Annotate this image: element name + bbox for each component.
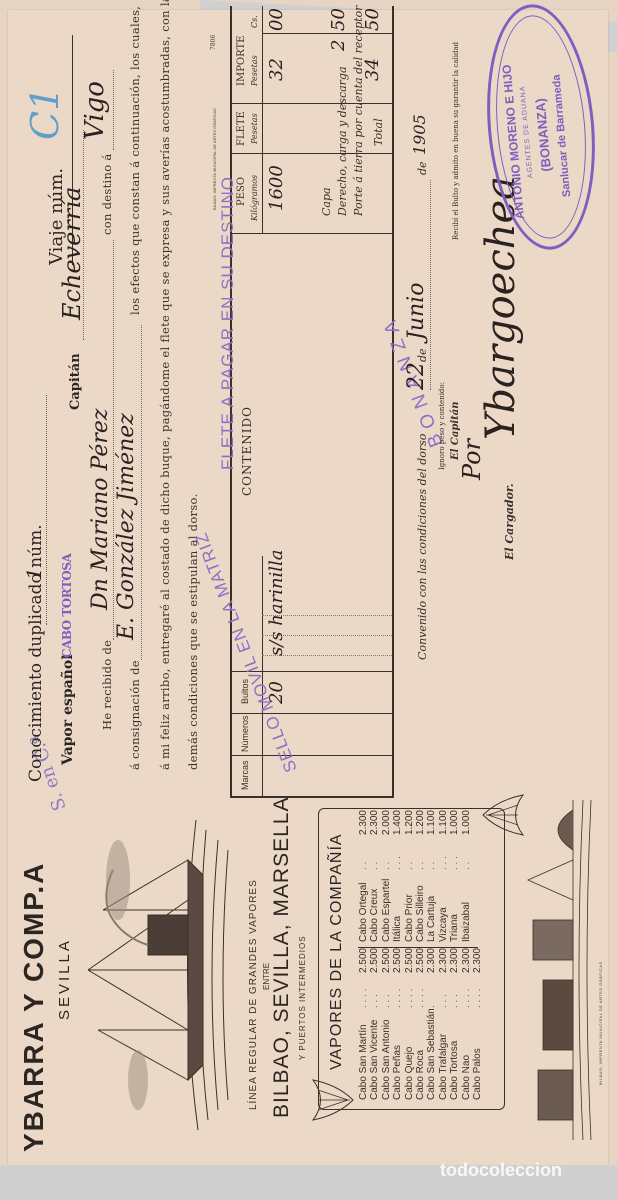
charge-derecho-pesetas: 2 bbox=[328, 40, 349, 51]
captain-name-handwritten: Echeverría bbox=[58, 187, 86, 320]
table-header-rule bbox=[262, 6, 263, 234]
header-flete-unit: Pesetas bbox=[250, 113, 259, 144]
col-divider bbox=[232, 233, 392, 234]
header-contenido: CONTENIDO bbox=[240, 406, 254, 496]
fleet-row: Cabo San Martín. . . .2.500 bbox=[358, 948, 369, 1100]
received-from-label: He recibido de bbox=[100, 640, 114, 730]
fleet-title: VAPORES DE LA COMPAÑÍA bbox=[328, 833, 346, 1070]
cell-peso: 1600 bbox=[266, 165, 287, 211]
fleet-row: Cabo Roca. . . .2.500 bbox=[415, 948, 426, 1100]
col-divider bbox=[232, 713, 392, 714]
printer-mark: BILBAO: IMPRENTA MUNICIPAL DE ARTES GRÁF… bbox=[598, 961, 603, 1085]
date-month: Junio bbox=[404, 283, 429, 340]
receipt-text: Recibí el Bulto y admito en buena su gar… bbox=[452, 42, 460, 240]
header-marcas: Marcas bbox=[240, 760, 250, 790]
freight-payable-stamp: FLETE A PAGAR EN SU DESTINO bbox=[218, 176, 238, 470]
col-divider bbox=[232, 103, 392, 104]
fleet-row: Cabo San Antonio. . .2.500 bbox=[381, 948, 392, 1100]
effects-text: los efectos que constan á continuación, … bbox=[128, 6, 142, 315]
col-divider bbox=[232, 153, 392, 154]
total-cs: 50 bbox=[362, 8, 383, 31]
header-numeros: Números bbox=[240, 715, 250, 752]
consignee-handwritten: E. González Jiménez bbox=[114, 413, 139, 640]
fleet-list-right: Cabo Ortegal. .2.300 Cabo Creux. .2.300 … bbox=[358, 810, 472, 942]
fleet-row: Cabo Silleiro. .1.200 bbox=[415, 810, 426, 942]
sender-name-handwritten: Dn Mariano Pérez bbox=[88, 409, 113, 610]
line-subtitle: LÍNEA REGULAR DE GRANDES VAPORES bbox=[248, 879, 259, 1110]
date-year: 1905 bbox=[410, 114, 429, 155]
form-print-code: 7806 bbox=[210, 35, 217, 50]
fleet-row: Cabo Creux. .2.300 bbox=[369, 810, 380, 942]
voyage-blue-mark: C1 bbox=[23, 87, 67, 140]
fleet-row: La Cartuja. .1.100 bbox=[426, 810, 437, 942]
fleet-row: Cabo Palos. . . .2.300 bbox=[472, 948, 483, 1100]
consignee-label: á consignación de bbox=[128, 660, 142, 770]
shipper-label: El Cargador. bbox=[503, 483, 516, 560]
convenido-text: Convenido con las condiciones del dorso bbox=[416, 434, 429, 660]
fleet-row: Vizcaya. . .1.100 bbox=[438, 810, 449, 942]
captain-label: Capitán bbox=[68, 353, 83, 410]
charge-capa: Capa bbox=[320, 187, 333, 216]
fleet-row: Cabo Trafalgar. . .2.300 bbox=[438, 948, 449, 1100]
clause-text: á mi feliz arribo, entregaré al costado … bbox=[158, 0, 172, 770]
route-title: BILBAO, SEVILLA, MARSELLA bbox=[270, 797, 294, 1118]
fleet-list-left: Cabo San Martín. . . .2.500 Cabo San Vic… bbox=[358, 948, 483, 1100]
bill-of-lading-document: YBARRA Y COMP.A SEVILLA S. en C.ª LÍNEA … bbox=[8, 10, 608, 1170]
fleet-row: Cabo Nao. . . .2.300 bbox=[461, 948, 472, 1100]
vapor-label: Vapor español bbox=[60, 654, 76, 765]
fleet-row: Triana. . .1.000 bbox=[449, 810, 460, 942]
destination-dotline bbox=[113, 70, 114, 150]
fleet-row: Itálica. . .1.400 bbox=[392, 810, 403, 942]
header-flete: FLETE bbox=[236, 111, 247, 146]
fleet-row: Cabo San Sebastián.2.300 bbox=[426, 948, 437, 1100]
curtain-drape-icon bbox=[308, 1075, 358, 1125]
destination-handwritten: Vigo bbox=[80, 81, 110, 140]
cell-contenido: s/s harinilla bbox=[266, 549, 287, 656]
ignoro-text: Ignoro peso y contenido: bbox=[438, 382, 446, 470]
form-print-ref: BILBAO: IMPRENTA MUNICIPAL DE ARTES GRÁF… bbox=[212, 108, 217, 210]
charge-derecho-cs: 50 bbox=[328, 8, 349, 31]
por-handwritten: Por bbox=[458, 439, 486, 480]
route-subtitle: Y PUERTOS INTERMEDIOS bbox=[298, 935, 307, 1060]
harbor-illustration-icon bbox=[513, 800, 598, 1140]
company-name: YBARRA Y COMP.A bbox=[18, 862, 50, 1152]
date-de-2: de bbox=[416, 161, 429, 175]
fleet-row: Cabo Espartel. .2.000 bbox=[381, 810, 392, 942]
cell-importe-cs: 00 bbox=[266, 8, 287, 31]
document-title: Conocimiento duplicado núm. bbox=[26, 524, 46, 782]
destination-label: con destino á bbox=[100, 153, 114, 235]
header-importe-pesetas: Pesetas bbox=[250, 55, 259, 86]
header-peso-unit: Kilógramos bbox=[250, 175, 259, 221]
fleet-row: Cabo San Vicente. . .2.500 bbox=[369, 948, 380, 1100]
fleet-row: Cabo Prior. .1.200 bbox=[404, 810, 415, 942]
date-day: 22 bbox=[404, 362, 429, 390]
header-importe: IMPORTE bbox=[236, 36, 247, 86]
fleet-row: Cabo Peñas. . . .2.500 bbox=[392, 948, 403, 1100]
duplicate-number: 1 bbox=[22, 567, 46, 580]
company-city: SEVILLA bbox=[56, 938, 73, 1020]
total-label: Total bbox=[372, 118, 385, 146]
charge-derecho: Derecho, carga y descarga bbox=[336, 66, 349, 216]
total-pesetas: 34 bbox=[362, 58, 383, 81]
fleet-row: Ibaizabal. .1.000 bbox=[461, 810, 472, 942]
charge-porte: Porte á tierra por cuenta del receptor bbox=[352, 6, 365, 216]
watermark: todocoleccion bbox=[440, 1160, 562, 1181]
fleet-row: Cabo Tortosa. . .2.300 bbox=[449, 948, 460, 1100]
header-importe-cs: Cs. bbox=[250, 15, 259, 28]
date-dotline bbox=[430, 180, 431, 390]
col-divider bbox=[262, 33, 392, 34]
vessel-name-stamp: CABO TORTOSA bbox=[60, 554, 74, 658]
fleet-row: Cabo Quejo. . . .2.500 bbox=[404, 948, 415, 1100]
steamship-illustration-icon bbox=[78, 810, 243, 1140]
consignee-dotline bbox=[141, 325, 142, 660]
col-divider bbox=[232, 755, 392, 756]
title-dotline bbox=[46, 395, 47, 625]
date-de-1: de bbox=[416, 348, 429, 362]
fleet-row: Cabo Ortegal. .2.300 bbox=[358, 810, 369, 942]
cell-importe-pesetas: 32 bbox=[266, 58, 287, 81]
